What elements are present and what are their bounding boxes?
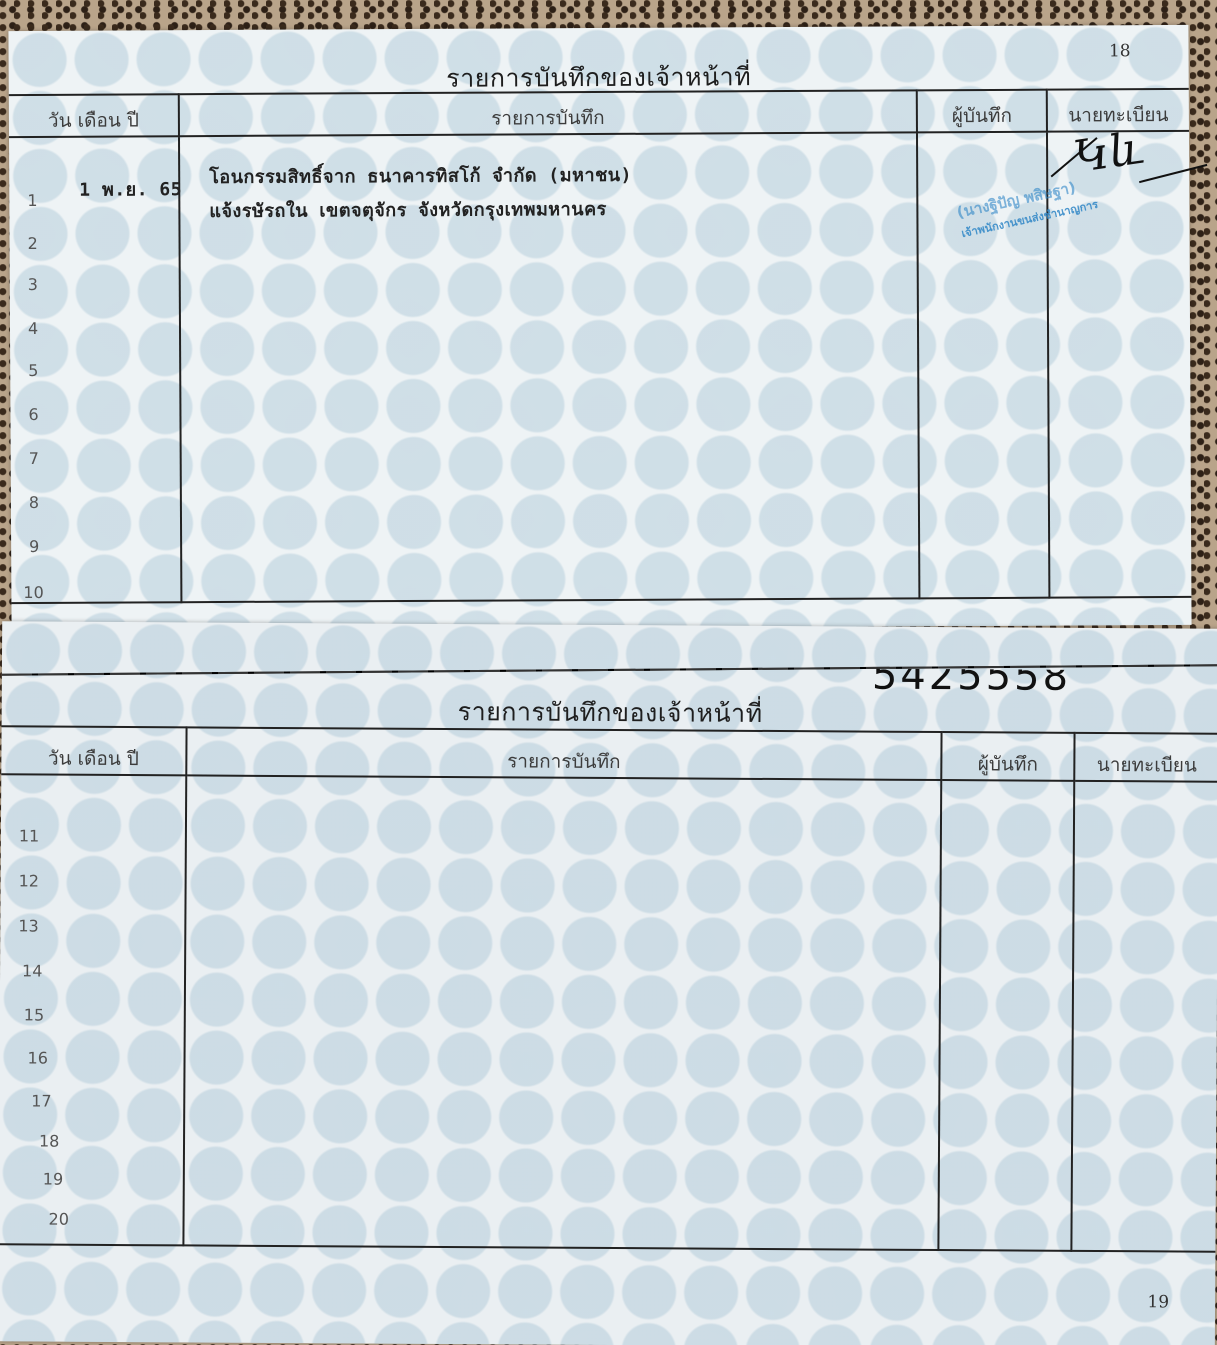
entry-text-line-1: โอนกรรมสิทธิ์จาก ธนาคารทิสโก้ จำกัด (มหา… <box>209 160 632 191</box>
entry-text-line-2: แจ้งรษัรถใน เขตจตุจักร จังหวัดกรุงเทพมหา… <box>209 194 607 225</box>
line-number: 5 <box>28 361 38 380</box>
recorder-cell <box>938 780 1074 1251</box>
column-header-entry: รายการบันทึก <box>186 727 941 780</box>
line-number: 17 <box>31 1091 51 1110</box>
line-number: 14 <box>22 961 42 980</box>
line-number: 16 <box>27 1048 47 1067</box>
line-number: 19 <box>43 1170 63 1189</box>
line-number: 9 <box>29 537 39 556</box>
line-number: 20 <box>49 1210 69 1229</box>
line-number: 11 <box>19 826 39 845</box>
line-number: 15 <box>24 1005 44 1024</box>
record-table: วัน เดือน ปี รายการบันทึก ผู้บันทึก นายท… <box>0 725 1217 1252</box>
line-number: 6 <box>28 405 38 424</box>
entry-cell <box>183 775 941 1250</box>
line-number: 4 <box>28 319 38 338</box>
column-header-entry: รายการบันทึก <box>179 90 917 136</box>
column-header-recorder: ผู้บันทึก <box>917 90 1047 133</box>
line-number: 10 <box>23 583 43 602</box>
record-page-18: 18 รายการบันทึกของเจ้าหน้าที่ วัน เดือน … <box>8 25 1191 631</box>
record-page-19: 5425558 รายการบันทึกของเจ้าหน้าที่ วัน เ… <box>0 621 1217 1345</box>
registrar-cell <box>1071 781 1217 1252</box>
line-number: 18 <box>39 1132 59 1151</box>
line-number: 12 <box>19 871 39 890</box>
line-number: 1 <box>27 191 37 210</box>
line-number: 13 <box>18 916 38 935</box>
line-number: 2 <box>27 234 37 253</box>
column-header-date: วัน เดือน ปี <box>1 726 186 775</box>
column-header-date: วัน เดือน ปี <box>9 94 179 137</box>
page-number: 19 <box>1147 1292 1169 1312</box>
entry-date: 1 พ.ย. 65 <box>79 174 182 204</box>
line-number: 3 <box>28 275 38 294</box>
column-header-registrar: นายทะเบียน <box>1074 733 1217 782</box>
line-number: 7 <box>29 449 39 468</box>
column-header-recorder: ผู้บันทึก <box>941 732 1074 781</box>
serial-number: 5425558 <box>872 669 1071 696</box>
line-number: 8 <box>29 493 39 512</box>
